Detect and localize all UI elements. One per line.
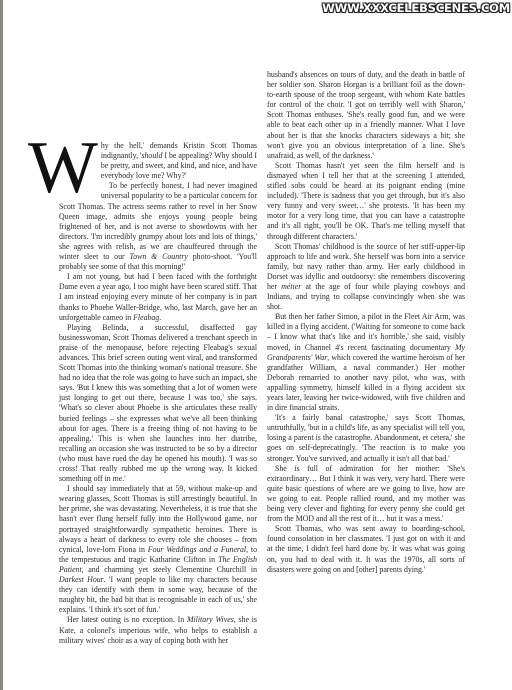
body-paragraph: Scott Thomas hasn't yet seen the film he… xyxy=(267,161,465,242)
page-edge xyxy=(0,0,3,690)
article-column-right: husband's absences on tours of duty, and… xyxy=(267,70,465,575)
body-paragraph: Scott Thomas' childhood is the source of… xyxy=(267,242,465,313)
body-paragraph: Scott Thomas, who was sent away to board… xyxy=(267,524,465,574)
body-paragraph: I am not young, but had I been faced wit… xyxy=(59,272,257,322)
body-paragraph: But then her father Simon, a pilot in th… xyxy=(267,312,465,413)
article-column-left: Why the hell,' demands Kristin Scott Tho… xyxy=(59,141,257,646)
body-paragraph: I should say immediately that at 59, wit… xyxy=(59,484,257,615)
body-paragraph: husband's absences on tours of duty, and… xyxy=(267,70,465,161)
watermark: WWW.XXXCELEBSCENES.COM xyxy=(322,1,510,15)
body-paragraph: Playing Belinda, a successful, disaffect… xyxy=(59,323,257,485)
lead-paragraph: Why the hell,' demands Kristin Scott Tho… xyxy=(59,141,257,181)
body-paragraph: Her latest outing is no exception. In Mi… xyxy=(59,615,257,645)
drop-cap: W xyxy=(28,139,98,197)
body-paragraph: She is full of admiration for her mother… xyxy=(267,464,465,525)
body-paragraph: 'It's a fairly banal catastrophe,' says … xyxy=(267,413,465,463)
